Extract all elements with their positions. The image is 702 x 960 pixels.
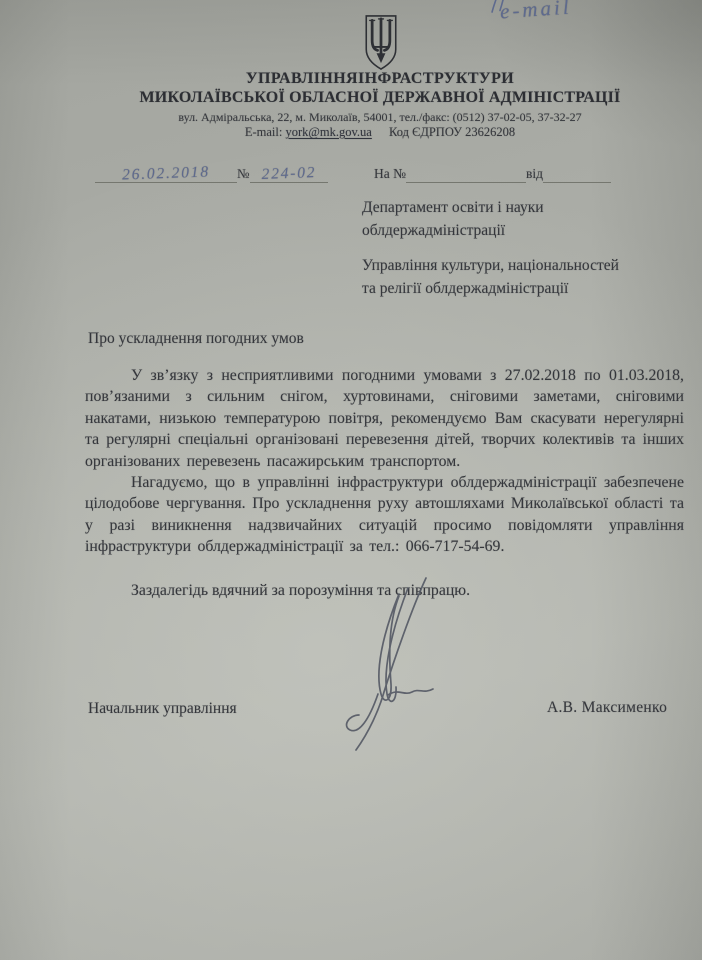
handwritten-signature	[336, 574, 438, 756]
email-label: E-mail:	[245, 125, 283, 139]
subject-line: Про ускладнення погодних умов	[88, 330, 304, 348]
scanned-letter-photo: e-mail УПРАВЛІННЯІНФРАСТРУКТУРИ МИКОЛАЇВ…	[0, 0, 702, 960]
recipient-2-line1: Управління культури, національностей	[362, 257, 619, 274]
recipient-1: Департамент освіти і науки облдержадміні…	[362, 196, 619, 242]
ukraine-trident-icon	[362, 14, 400, 71]
outgoing-number-line: 224-02	[250, 165, 328, 183]
edrpou-code: Код ЄДРПОУ 23626208	[389, 125, 515, 139]
signer-position: Начальник управління	[88, 700, 237, 718]
org-contact-line: E-mail: york@mk.gov.ua Код ЄДРПОУ 236262…	[55, 125, 702, 140]
recipient-2: Управління культури, національностей та …	[362, 254, 619, 300]
outgoing-date-line: 26.02.2018	[95, 165, 237, 183]
handwritten-date: 26.02.2018	[95, 163, 238, 186]
body-paragraph-2: Нагадуємо, що в управлінні інфраструктур…	[85, 472, 684, 558]
handwritten-email-note: e-mail	[499, 0, 572, 24]
incoming-reference-line: На № від	[374, 160, 611, 183]
incoming-number-blank	[406, 167, 526, 183]
body-paragraph-1: У зв’язку з несприятливими погодними умо…	[85, 365, 684, 472]
reply-to-label: На №	[374, 166, 406, 183]
recipient-2-line2: та релігії облдержадміністрації	[362, 280, 568, 297]
email-link: york@mk.gov.ua	[285, 125, 371, 139]
recipient-1-line1: Департамент освіти і науки	[362, 199, 544, 216]
outgoing-reference-line: 26.02.2018 № 224-02	[95, 157, 328, 183]
handwritten-note-text: e-mail	[499, 0, 572, 23]
pen-stroke-icon	[487, 0, 508, 14]
number-sign: №	[237, 166, 250, 183]
from-date-label: від	[526, 166, 543, 183]
recipient-1-line2: облдержадміністрації	[362, 222, 505, 239]
org-name-line1: УПРАВЛІННЯІНФРАСТРУКТУРИ	[55, 70, 702, 88]
incoming-date-blank	[543, 167, 611, 183]
org-name-line2: МИКОЛАЇВСЬКОЇ ОБЛАСНОЇ ДЕРЖАВНОЇ АДМІНІС…	[55, 89, 702, 107]
handwritten-number: 224-02	[250, 164, 329, 185]
org-address: вул. Адміральська, 22, м. Миколаїв, 5400…	[55, 110, 702, 125]
signer-name: А.В. Максименко	[547, 699, 667, 717]
letter-body: У зв’язку з несприятливими погодними умо…	[85, 365, 684, 601]
recipients-block: Департамент освіти і науки облдержадміні…	[362, 196, 619, 300]
